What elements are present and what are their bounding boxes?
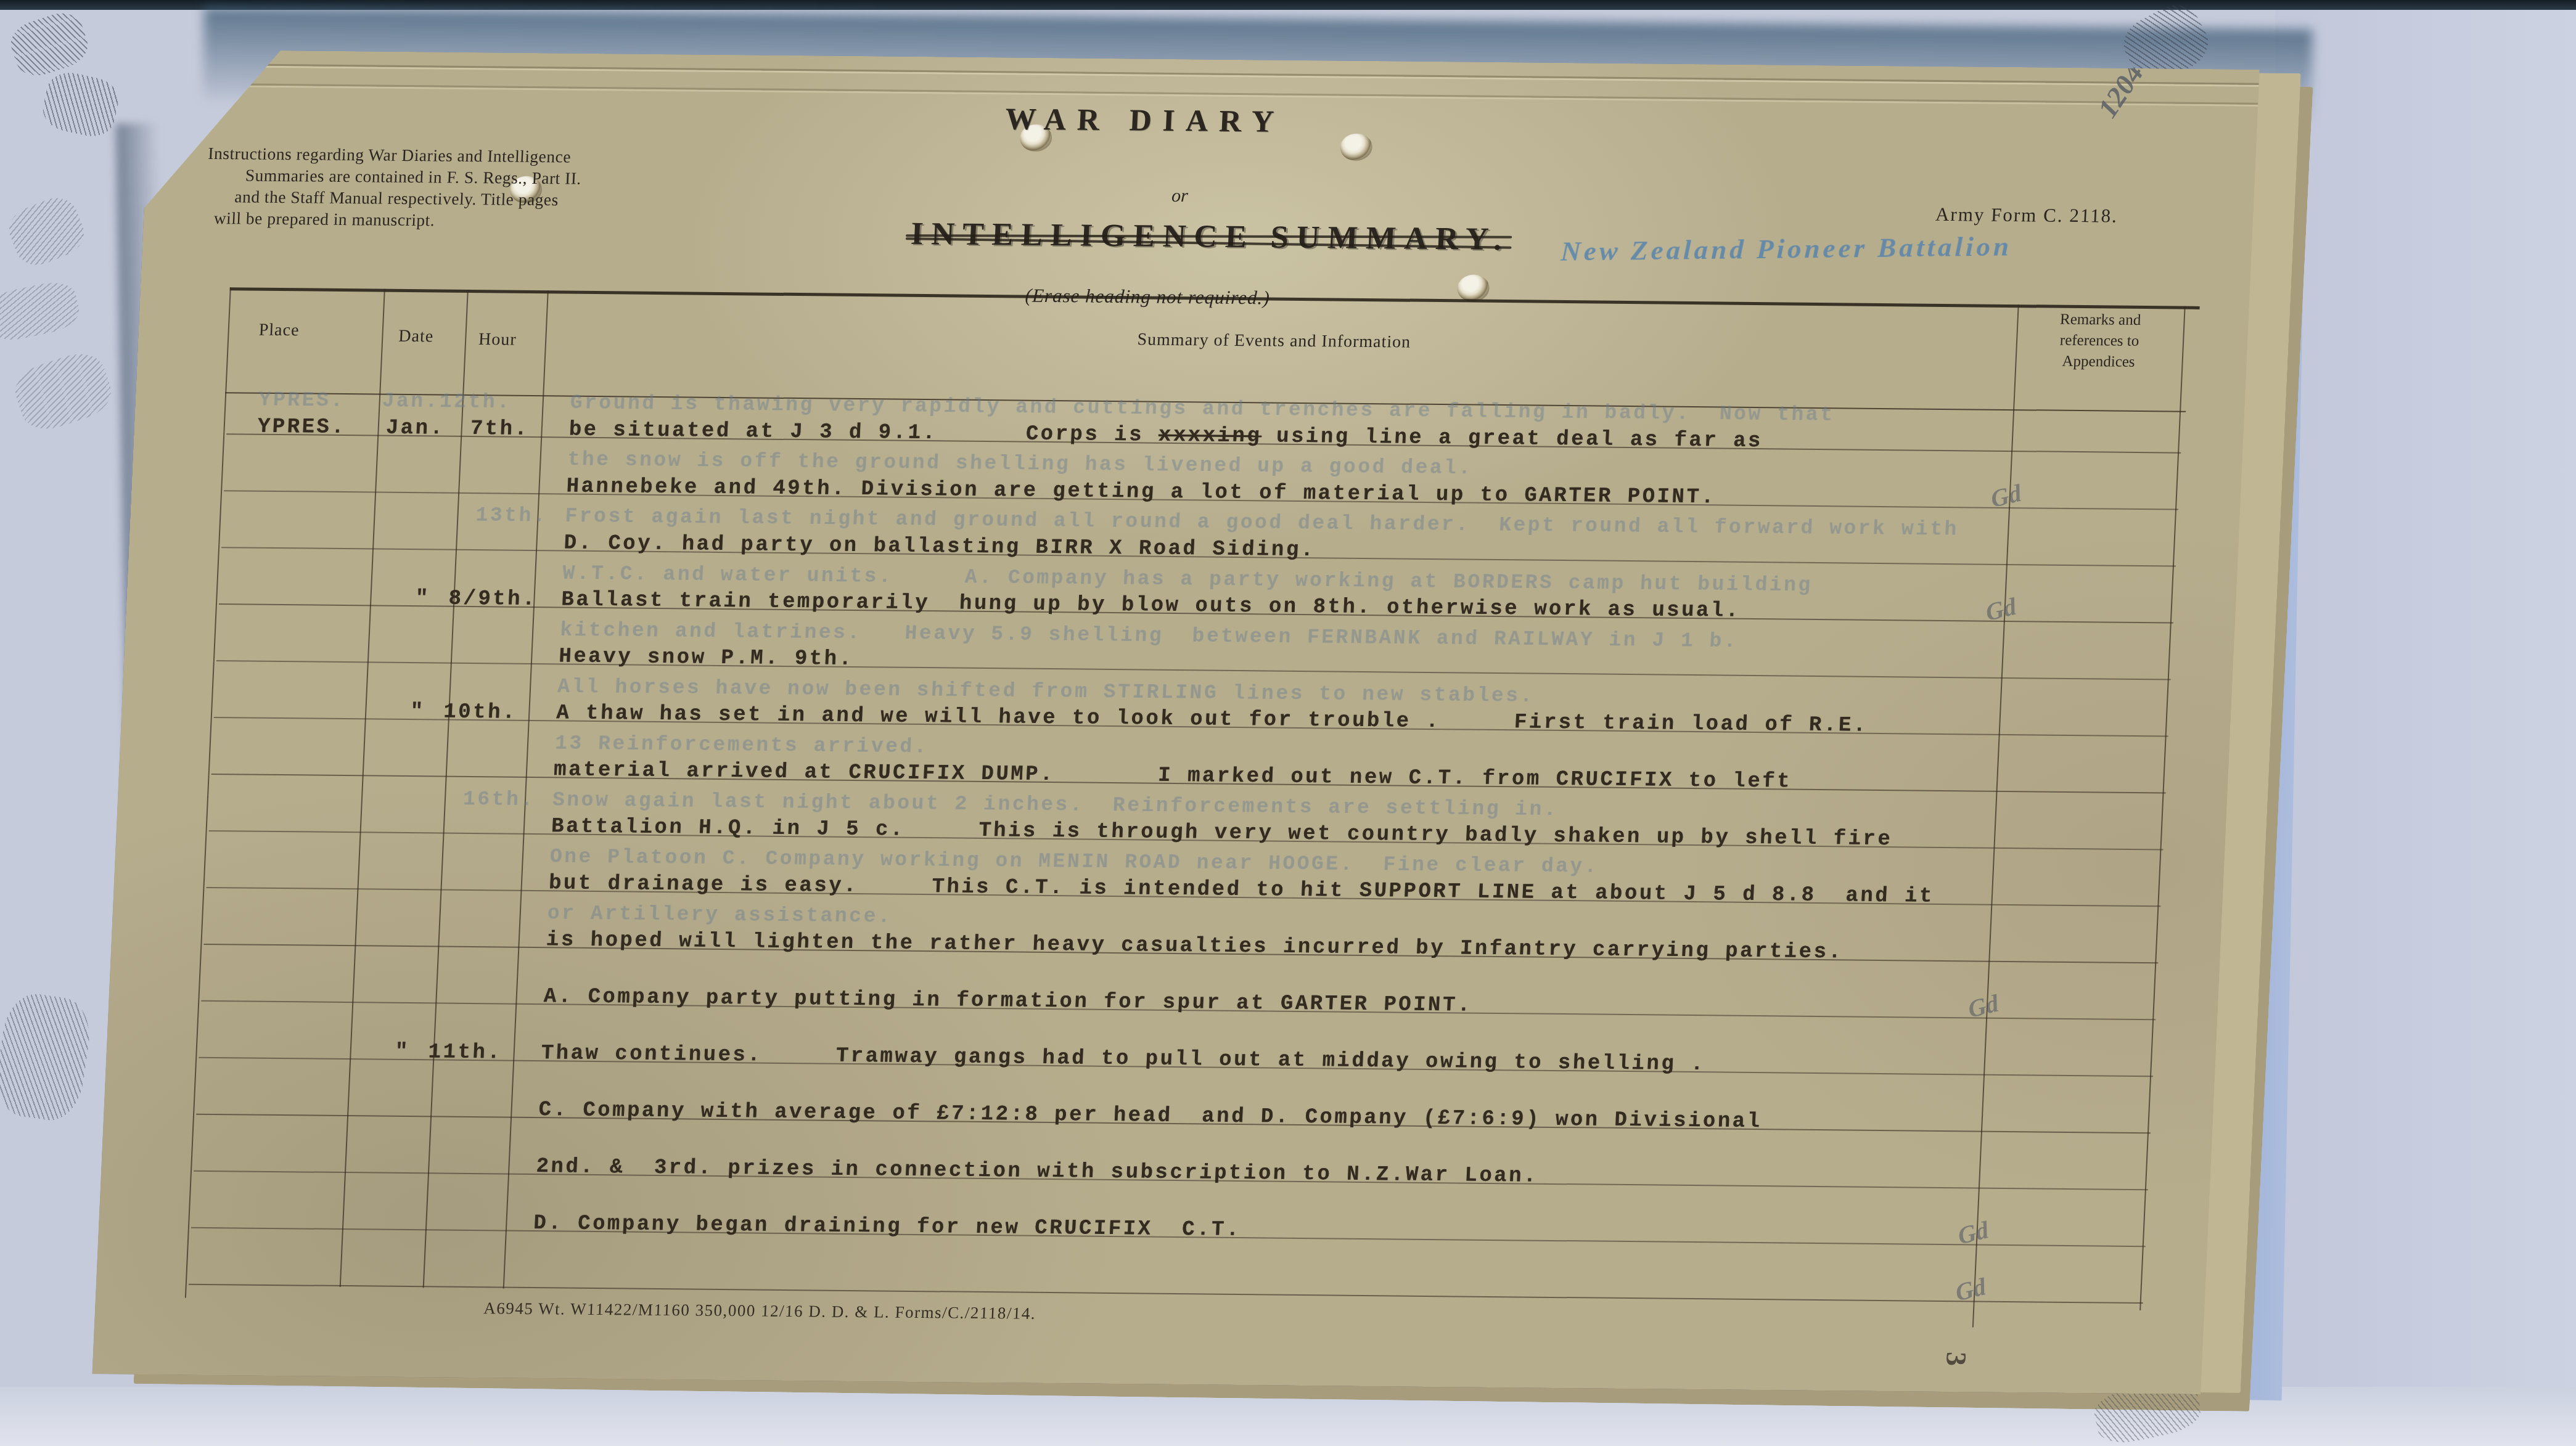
pencil-scribble	[0, 990, 94, 1124]
entry-summary-text: C. Company with average of £7:12:8 per h…	[538, 1098, 1763, 1134]
summary-segment: 2nd. & 3rd. prizes in connection with su…	[536, 1155, 1539, 1188]
stacked-sheet-edge	[149, 83, 2258, 105]
summary-segment: is hoped will lighten the rather heavy c…	[546, 928, 1844, 964]
entry-summary-text: D. Company began draining for new CRUCIF…	[533, 1212, 1242, 1242]
printer-imprint: A6945 Wt. W11422/M1160 350,000 12/16 D. …	[483, 1299, 1036, 1323]
entry-summary-text: Hannebeke and 49th. Division are getting…	[566, 475, 1717, 510]
summary-segment: A. Company party putting in formation fo…	[543, 985, 1473, 1017]
bleedthrough-text: 13 Reinforcements arrived.	[554, 732, 929, 758]
entry-hour: 8/9th.	[448, 587, 538, 611]
bleedthrough-text: or Artillery assistance.	[547, 902, 893, 928]
entry-summary-text: Battalion H.Q. in J 5 c. This is through…	[551, 815, 1893, 851]
form-title-or: or	[1171, 186, 1188, 206]
scanned-war-diary-photo: { "form": { "army_form": "Army Form C. 2…	[0, 0, 2576, 1446]
entry-summary-text: but drainage is easy. This C.T. is inten…	[548, 872, 1935, 909]
remarks-header-line: Appendices	[2018, 351, 2180, 373]
summary-segment: D. Coy. had party on ballasting BIRR X R…	[564, 531, 1316, 562]
pencil-scribble	[39, 68, 122, 141]
war-diary-form-sheet: Instructions regarding War Diaries and I…	[92, 49, 2260, 1394]
entry-hour: 10th.	[443, 701, 517, 725]
entry-summary-text: Thaw continues. Tramway gangs had to pul…	[541, 1042, 1706, 1076]
punch-hole	[1340, 134, 1373, 161]
army-form-number: Army Form C. 2118.	[1935, 203, 2118, 227]
summary-segment: be situated at J 3 d 9.1. Corps is	[568, 419, 1159, 447]
bleedthrough-text: YPRES.	[258, 389, 345, 412]
col-header-date: Date	[398, 327, 434, 347]
page-number-stamp: 3	[1940, 1352, 1973, 1366]
form-title-war-diary: WAR DIARY	[1004, 100, 1286, 139]
remarks-header-line: references to	[2019, 330, 2180, 352]
summary-segment: Thaw continues. Tramway gangs had to pul…	[541, 1042, 1706, 1076]
instructions-block: Instructions regarding War Diaries and I…	[205, 142, 813, 234]
col-header-summary: Summary of Events and Information	[1137, 330, 1411, 352]
summary-segment: D. Company began draining for new CRUCIF…	[533, 1212, 1242, 1242]
summary-segment: Battalion H.Q. in J 5 c. This is through…	[551, 815, 1893, 851]
summary-segment: Heavy snow P.M. 9th.	[559, 645, 855, 671]
bleedthrough-text: 16th.	[462, 788, 535, 811]
pencil-scribble	[6, 7, 92, 82]
bleedthrough-text: the snow is off the ground shelling has …	[567, 449, 1474, 480]
col-header-place: Place	[258, 321, 300, 341]
entry-summary-text: A. Company party putting in formation fo…	[543, 985, 1473, 1017]
row-rule	[189, 1284, 2143, 1304]
summary-segment: material arrived at CRUCIFIX DUMP. I mar…	[553, 758, 1792, 793]
col-line-summary-remarks	[1972, 304, 2019, 1327]
remarks-header-line: Remarks and	[2020, 309, 2181, 331]
punch-hole	[1457, 274, 1490, 301]
row-rule	[216, 660, 2171, 680]
pencil-scribble	[9, 346, 117, 436]
summary-segment: but drainage is easy. This C.T. is inten…	[548, 872, 1935, 909]
handwritten-unit-annotation: New Zealand Pioneer Battalion	[1561, 230, 2012, 267]
entry-date: "	[395, 1040, 411, 1064]
entry-hour: 11th.	[428, 1040, 502, 1064]
entry-date: Jan.	[385, 417, 445, 441]
entry-summary-text: D. Coy. had party on ballasting BIRR X R…	[564, 531, 1316, 562]
summary-segment: C. Company with average of £7:12:8 per h…	[538, 1098, 1763, 1134]
bleedthrough-text: 13th.	[475, 504, 548, 528]
pencil-scribble	[0, 277, 83, 345]
summary-segment: using line a great deal as far as	[1261, 425, 1763, 453]
bleedthrough-text: Jan.12th.	[382, 390, 512, 414]
entry-summary-text: A thaw has set in and we will have to lo…	[556, 701, 1868, 737]
col-header-hour: Hour	[478, 330, 517, 350]
entry-summary-text: Heavy snow P.M. 9th.	[559, 645, 855, 671]
entry-date: "	[409, 700, 425, 724]
col-header-remarks: Remarks and references to Appendices	[2018, 309, 2181, 373]
pencil-scribble	[2, 191, 90, 272]
summary-segment: A thaw has set in and we will have to lo…	[556, 701, 1868, 737]
summary-segment: Hannebeke and 49th. Division are getting…	[566, 475, 1717, 510]
struck-out-word: xxxxing	[1158, 424, 1262, 449]
entry-date: "	[415, 587, 431, 610]
form-title-intelligence-summary: INTELLIGENCE SUMMARY.	[910, 216, 1511, 258]
col-line-place-date	[340, 289, 385, 1287]
entry-place: YPRES.	[257, 415, 347, 439]
table-left-border	[185, 287, 231, 1297]
entry-summary-text: 2nd. & 3rd. prizes in connection with su…	[536, 1155, 1539, 1188]
entry-summary-text: material arrived at CRUCIFIX DUMP. I mar…	[553, 758, 1792, 793]
table-right-border	[2139, 306, 2186, 1310]
entry-summary-text: is hoped will lighten the rather heavy c…	[546, 928, 1844, 964]
entry-hour: 7th.	[470, 417, 530, 441]
scanner-bed-right	[2275, 0, 2576, 1446]
